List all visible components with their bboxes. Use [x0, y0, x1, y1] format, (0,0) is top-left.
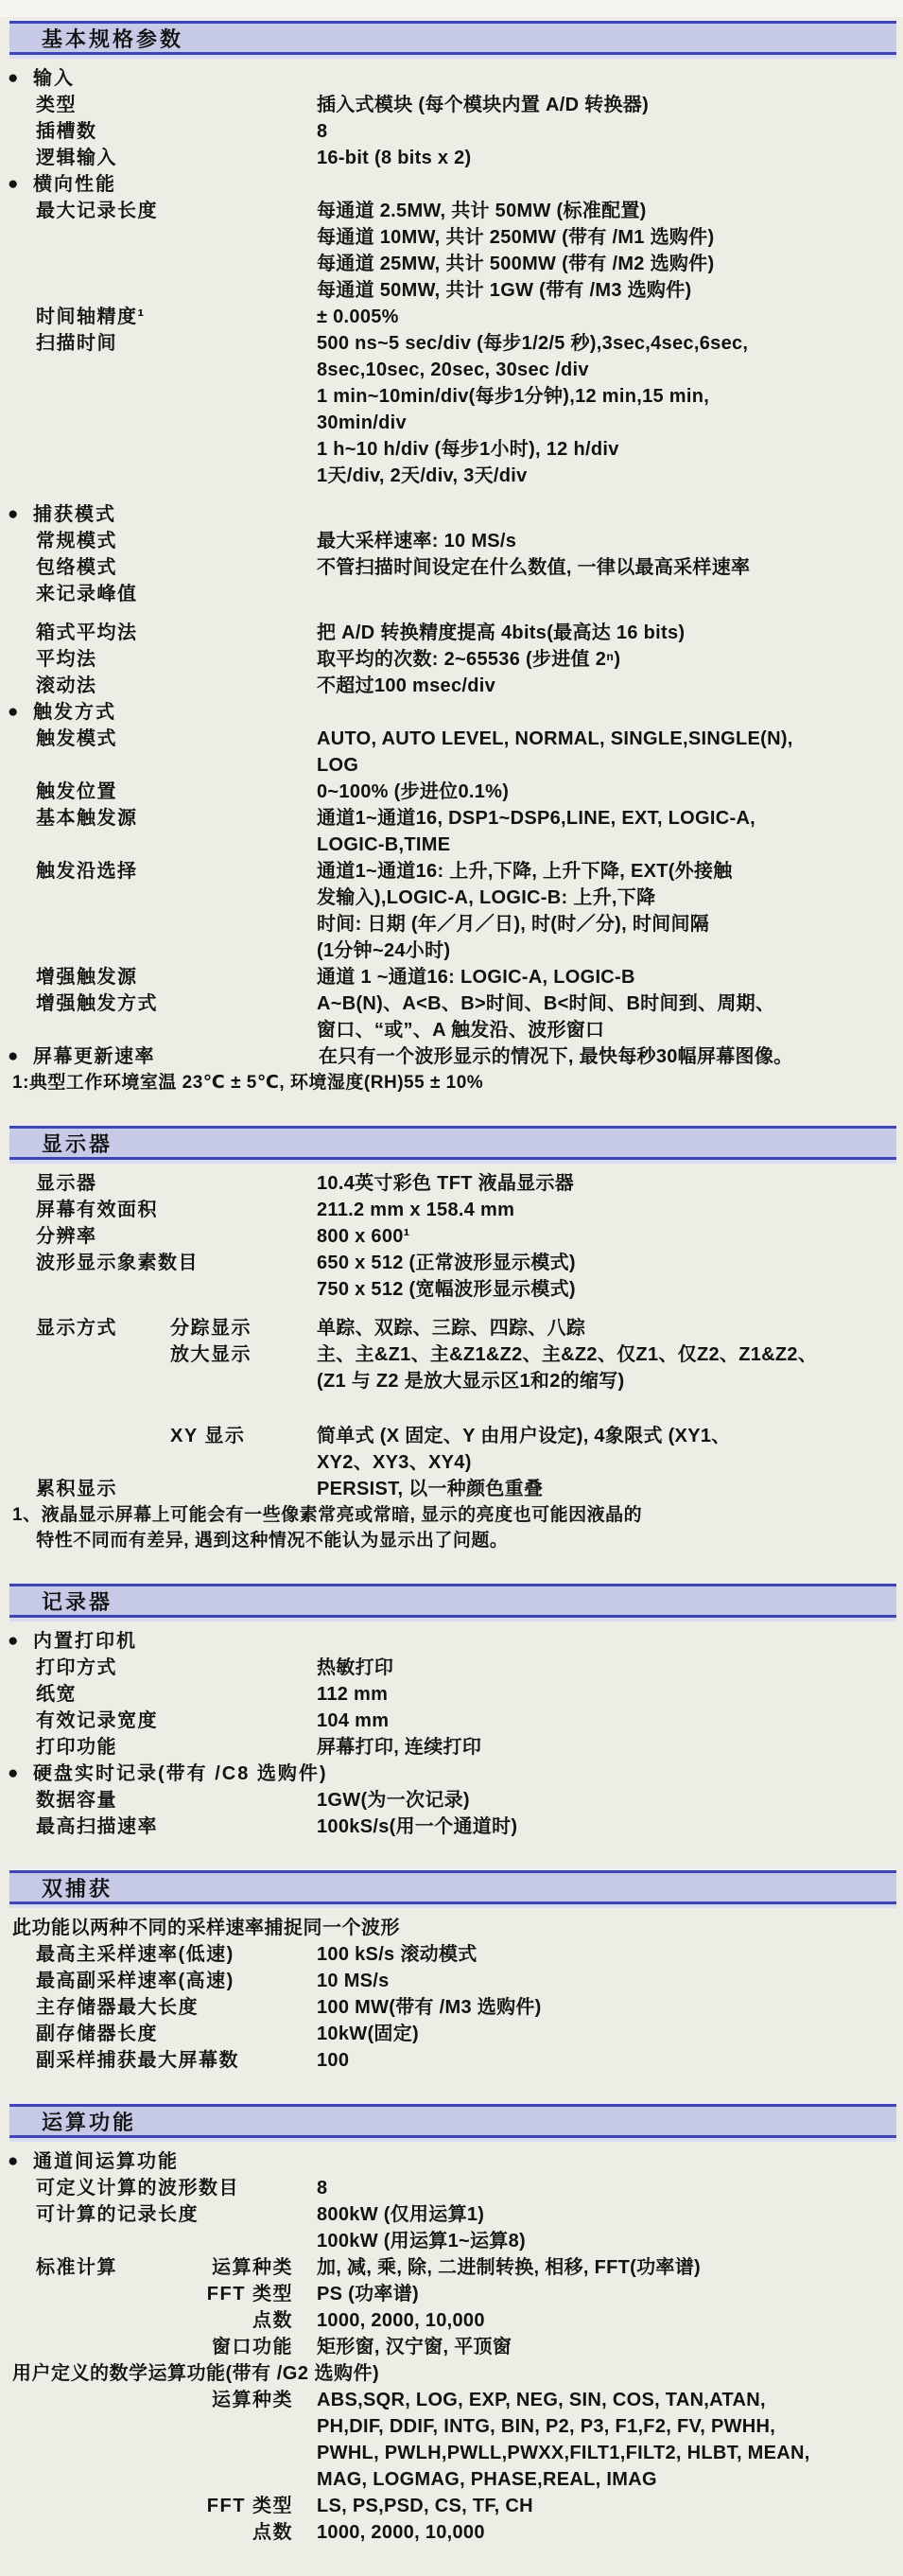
spec-row: 逻辑输入16-bit (8 bits x 2) [0, 145, 903, 171]
row-values: A~B(N)、A<B、B>时间、B<时间、B时间到、周期、窗口、“或”、A 触发… [317, 990, 903, 1043]
row-values: 100kS/s(用一个通道时) [317, 1814, 903, 1840]
footnote-line: 1、液晶显示屏幕上可能会有一些像素常亮或常暗, 显示的亮度也可能因液晶的 [12, 1502, 903, 1528]
value-line: 不超过100 msec/div [317, 673, 903, 699]
row-label: 副存储器长度 [36, 2021, 317, 2047]
row-label: 触发模式 [36, 726, 317, 752]
value-line: 0~100% (步进位0.1%) [317, 779, 903, 805]
row-values: 插入式模块 (每个模块内置 A/D 转换器) [317, 92, 903, 118]
value-line: 不管扫描时间设定在什么数值, 一律以最高采样速率 [317, 554, 903, 581]
spec-row: 分辨率800 x 600¹ [0, 1223, 903, 1250]
row-label: 显示器 [36, 1170, 317, 1197]
row-sublabel: 点数 [36, 2307, 293, 2334]
row-values: 加, 减, 乘, 除, 二进制转换, 相移, FFT(功率谱) [317, 2254, 903, 2281]
value-line: (1分钟~24小时) [317, 938, 903, 964]
group-label: 通道间运算功能 [33, 2148, 179, 2175]
section: 双捕获此功能以两种不同的采样速率捕捉同一个波形最高主采样速率(低速)100 kS… [0, 1870, 903, 2074]
row-values: LS, PS,PSD, CS, TF, CH [317, 2493, 903, 2519]
spec-row: 触发沿选择通道1~通道16: 上升,下降, 上升下降, EXT(外接触发输入),… [0, 858, 903, 964]
row-sublabel: FFT 类型 [36, 2493, 293, 2519]
spec-row: 基本触发源通道1~通道16, DSP1~DSP6,LINE, EXT, LOGI… [0, 805, 903, 858]
group-label: 内置打印机 [33, 1628, 137, 1655]
section-title: 双捕获 [9, 1873, 113, 1902]
row-label: 箱式平均法 [36, 620, 317, 646]
row-values: 104 mm [317, 1708, 903, 1734]
spec-row: 显示器10.4英寸彩色 TFT 液晶显示器 [0, 1170, 903, 1197]
value-line: 1000, 2000, 10,000 [317, 2519, 903, 2546]
spec-row: 1、液晶显示屏幕上可能会有一些像素常亮或常暗, 显示的亮度也可能因液晶的 特性不… [0, 1502, 903, 1553]
spec-row: 点数1000, 2000, 10,000 [0, 2519, 903, 2546]
spec-row: 屏幕有效面积211.2 mm x 158.4 mm [0, 1197, 903, 1223]
value-line: 112 mm [317, 1681, 903, 1708]
value-line: 1 h~10 h/div (每步1小时), 12 h/div [317, 436, 903, 463]
group-label: 横向性能 [33, 171, 116, 198]
spec-row: 扫描时间500 ns~5 sec/div (每步1/2/5 秒),3sec,4s… [0, 330, 903, 489]
section-header-bar: 记录器 [9, 1584, 896, 1618]
value-line: 100 kS/s 滚动模式 [317, 1941, 903, 1968]
row-label: 打印方式 [36, 1655, 317, 1681]
row-values: PS (功率谱) [317, 2281, 903, 2307]
bullet-icon: ● [8, 501, 33, 528]
spec-row: 放大显示主、主&Z1、主&Z1&Z2、主&Z2、仅Z1、仅Z2、Z1&Z2、(Z… [0, 1341, 903, 1394]
row-label: 常规模式 [36, 528, 317, 554]
spec-row: ●通道间运算功能 [0, 2148, 903, 2175]
section-header-bar: 运算功能 [9, 2104, 896, 2138]
row-label: 副采样捕获最大屏幕数 [36, 2047, 317, 2074]
spec-row: 此功能以两种不同的采样速率捕捉同一个波形 [0, 1915, 903, 1941]
value-line: LS, PS,PSD, CS, TF, CH [317, 2493, 903, 2519]
sections-container: 基本规格参数●输入类型插入式模块 (每个模块内置 A/D 转换器)插槽数8逻辑输… [0, 21, 903, 2546]
row-label: 滚动法 [36, 673, 317, 699]
spec-row: ●横向性能 [0, 171, 903, 198]
spec-row: 显示方式分踪显示单踪、双踪、三踪、四踪、八踪 [0, 1315, 903, 1341]
spec-row: 标准计算运算种类加, 减, 乘, 除, 二进制转换, 相移, FFT(功率谱) [0, 2254, 903, 2281]
row-values: 矩形窗, 汉宁窗, 平顶窗 [317, 2334, 903, 2360]
value-line: 104 mm [317, 1708, 903, 1734]
row-values: 8 [317, 2175, 903, 2201]
row-sublabel: 放大显示 [170, 1341, 317, 1368]
bullet-icon: ● [8, 699, 33, 726]
row-label: 屏幕有效面积 [36, 1197, 317, 1223]
spec-row: FFT 类型PS (功率谱) [0, 2281, 903, 2307]
value-line: 加, 减, 乘, 除, 二进制转换, 相移, FFT(功率谱) [317, 2254, 903, 2281]
value-line: 插入式模块 (每个模块内置 A/D 转换器) [317, 92, 903, 118]
spec-row: ●输入 [0, 65, 903, 92]
row-values: 每通道 2.5MW, 共计 50MW (标准配置)每通道 10MW, 共计 25… [317, 198, 903, 304]
value-line: 100 MW(带有 /M3 选购件) [317, 1994, 903, 2021]
value-line: 8sec,10sec, 20sec, 30sec /div [317, 357, 903, 383]
group-label: 触发方式 [33, 699, 116, 726]
value-line: PERSIST, 以一种颜色重叠 [317, 1476, 903, 1502]
row-values: ± 0.005% [317, 304, 903, 330]
value-line: 100kW (用运算1~运算8) [317, 2228, 903, 2254]
value-line: 通道1~通道16: 上升,下降, 上升下降, EXT(外接触 [317, 858, 903, 885]
spec-row: 增强触发方式A~B(N)、A<B、B>时间、B<时间、B时间到、周期、窗口、“或… [0, 990, 903, 1043]
value-line: 1000, 2000, 10,000 [317, 2307, 903, 2334]
value-line: 8 [317, 118, 903, 145]
value-line: 750 x 512 (宽幅波形显示模式) [317, 1276, 903, 1303]
row-values: 100 [317, 2047, 903, 2074]
value-line: (Z1 与 Z2 是放大显示区1和2的缩写) [317, 1368, 903, 1394]
value-line: PH,DIF, DDIF, INTG, BIN, P2, P3, F1,F2, … [317, 2413, 903, 2440]
spec-row: ●捕获模式 [0, 501, 903, 528]
group-label: 硬盘实时记录(带有 /C8 选购件) [33, 1761, 328, 1787]
value-line: 每通道 2.5MW, 共计 50MW (标准配置) [317, 198, 903, 224]
spec-row: 副采样捕获最大屏幕数100 [0, 2047, 903, 2074]
spec-row: XY 显示简单式 (X 固定、Y 由用户设定), 4象限式 (XY1、XY2、X… [0, 1423, 903, 1476]
row-values: 16-bit (8 bits x 2) [317, 145, 903, 171]
section-header-bar: 双捕获 [9, 1870, 896, 1904]
spec-row: 点数1000, 2000, 10,000 [0, 2307, 903, 2334]
spec-row: 打印方式热敏打印 [0, 1655, 903, 1681]
spec-row: 触发模式AUTO, AUTO LEVEL, NORMAL, SINGLE,SIN… [0, 726, 903, 779]
row-label: 屏幕更新速率 [33, 1043, 319, 1070]
row-label: 最高扫描速率 [36, 1814, 317, 1840]
row-label: 基本触发源 [36, 805, 317, 832]
row-label: 累积显示 [36, 1476, 317, 1502]
value-line: 800 x 600¹ [317, 1223, 903, 1250]
spec-row: 主存储器最大长度100 MW(带有 /M3 选购件) [0, 1994, 903, 2021]
footnote-line: 1:典型工作环境室温 23℃ ± 5℃, 环境湿度(RH)55 ± 10% [12, 1070, 903, 1095]
row-values: 10.4英寸彩色 TFT 液晶显示器 [317, 1170, 903, 1197]
row-values: 211.2 mm x 158.4 mm [317, 1197, 903, 1223]
row-label: 插槽数 [36, 118, 317, 145]
row-sublabel: FFT 类型 [36, 2281, 293, 2307]
value-line: A~B(N)、A<B、B>时间、B<时间、B时间到、周期、 [317, 990, 903, 1017]
row-label: 分辨率 [36, 1223, 317, 1250]
section-title: 显示器 [9, 1129, 113, 1158]
row-values: 主、主&Z1、主&Z1&Z2、主&Z2、仅Z1、仅Z2、Z1&Z2、(Z1 与 … [317, 1341, 903, 1394]
value-line: 10kW(固定) [317, 2021, 903, 2047]
row-values: 10 MS/s [317, 1968, 903, 1994]
row-sublabel: 窗口功能 [36, 2334, 293, 2360]
spec-row: 可计算的记录长度800kW (仅用运算1)100kW (用运算1~运算8) [0, 2201, 903, 2254]
row-label: 平均法 [36, 646, 317, 673]
row-values: PERSIST, 以一种颜色重叠 [317, 1476, 903, 1502]
value-line: 10.4英寸彩色 TFT 液晶显示器 [317, 1170, 903, 1197]
value-line: 取平均的次数: 2~65536 (步进值 2ⁿ) [317, 646, 903, 673]
row-label-group: 标准计算运算种类 [36, 2254, 293, 2281]
section-title: 运算功能 [9, 2107, 136, 2136]
row-values: 通道 1 ~通道16: LOGIC-A, LOGIC-B [317, 964, 903, 990]
row-values: 通道1~通道16: 上升,下降, 上升下降, EXT(外接触发输入),LOGIC… [317, 858, 903, 964]
value-line: 每通道 50MW, 共计 1GW (带有 /M3 选购件) [317, 277, 903, 304]
row-values: 0~100% (步进位0.1%) [317, 779, 903, 805]
value-line: 把 A/D 转换精度提高 4bits(最高达 16 bits) [317, 620, 903, 646]
group-label: 捕获模式 [33, 501, 116, 528]
value-line: ± 0.005% [317, 304, 903, 330]
spec-row: 最高扫描速率100kS/s(用一个通道时) [0, 1814, 903, 1840]
spec-row: 箱式平均法把 A/D 转换精度提高 4bits(最高达 16 bits) [0, 620, 903, 646]
value-line: 1 min~10min/div(每步1分钟),12 min,15 min, [317, 383, 903, 410]
value-line: 最大采样速率: 10 MS/s [317, 528, 903, 554]
spec-row: 来记录峰值 [0, 581, 903, 607]
value-line: 矩形窗, 汉宁窗, 平顶窗 [317, 2334, 903, 2360]
row-label: 标准计算 [36, 2254, 117, 2281]
section-title: 记录器 [9, 1586, 113, 1616]
spec-sheet: 基本规格参数●输入类型插入式模块 (每个模块内置 A/D 转换器)插槽数8逻辑输… [0, 17, 903, 2546]
bullet-icon: ● [8, 1043, 33, 1070]
spec-row: ●内置打印机 [0, 1628, 903, 1655]
spec-row: 最大记录长度每通道 2.5MW, 共计 50MW (标准配置)每通道 10MW,… [0, 198, 903, 304]
row-values: 把 A/D 转换精度提高 4bits(最高达 16 bits) [317, 620, 903, 646]
value-line: 8 [317, 2175, 903, 2201]
spec-row: 波形显示象素数目650 x 512 (正常波形显示模式)750 x 512 (宽… [0, 1250, 903, 1303]
spec-row: 打印功能屏幕打印, 连续打印 [0, 1734, 903, 1761]
spec-row: 用户定义的数学运算功能(带有 /G2 选购件) [0, 2360, 903, 2387]
spec-row: 窗口功能矩形窗, 汉宁窗, 平顶窗 [0, 2334, 903, 2360]
row-values: 在只有一个波形显示的情况下, 最快每秒30幅屏幕图像。 [319, 1043, 903, 1070]
value-line: 10 MS/s [317, 1968, 903, 1994]
row-label: 最大记录长度 [36, 198, 317, 224]
row-values: 500 ns~5 sec/div (每步1/2/5 秒),3sec,4sec,6… [317, 330, 903, 489]
value-line: 100kS/s(用一个通道时) [317, 1814, 903, 1840]
spec-row: 累积显示PERSIST, 以一种颜色重叠 [0, 1476, 903, 1502]
row-values: 热敏打印 [317, 1655, 903, 1681]
row-values: 单踪、双踪、三踪、四踪、八踪 [317, 1315, 903, 1341]
row-label: 逻辑输入 [36, 145, 317, 171]
section-body: ●通道间运算功能可定义计算的波形数目8可计算的记录长度800kW (仅用运算1)… [0, 2147, 903, 2546]
value-line: 800kW (仅用运算1) [317, 2201, 903, 2228]
value-line: 热敏打印 [317, 1655, 903, 1681]
row-values: ABS,SQR, LOG, EXP, NEG, SIN, COS, TAN,AT… [317, 2387, 903, 2493]
value-line: 500 ns~5 sec/div (每步1/2/5 秒),3sec,4sec,6… [317, 330, 903, 357]
spec-row: 插槽数8 [0, 118, 903, 145]
section-header-bar: 显示器 [9, 1126, 896, 1160]
row-label: 有效记录宽度 [36, 1708, 317, 1734]
spec-row: ●触发方式 [0, 699, 903, 726]
row-values: 取平均的次数: 2~65536 (步进值 2ⁿ) [317, 646, 903, 673]
bullet-icon: ● [8, 1628, 33, 1655]
value-line: 窗口、“或”、A 触发沿、波形窗口 [317, 1017, 903, 1043]
section-header-bar: 基本规格参数 [9, 21, 896, 55]
row-label: 包络模式 [36, 554, 317, 581]
row-label: 触发位置 [36, 779, 317, 805]
spec-row: 数据容量1GW(为一次记录) [0, 1787, 903, 1814]
value-line: 在只有一个波形显示的情况下, 最快每秒30幅屏幕图像。 [319, 1043, 903, 1070]
row-label: 最高副采样速率(高速) [36, 1968, 317, 1994]
value-line: 100 [317, 2047, 903, 2074]
section-body: 显示器10.4英寸彩色 TFT 液晶显示器屏幕有效面积211.2 mm x 15… [0, 1168, 903, 1553]
row-label: 可定义计算的波形数目 [36, 2175, 317, 2201]
value-line: MAG, LOGMAG, PHASE,REAL, IMAG [317, 2466, 903, 2493]
row-label: 最高主采样速率(低速) [36, 1941, 317, 1968]
spec-row: FFT 类型LS, PS,PSD, CS, TF, CH [0, 2493, 903, 2519]
spec-row: 平均法取平均的次数: 2~65536 (步进值 2ⁿ) [0, 646, 903, 673]
spec-row: 常规模式最大采样速率: 10 MS/s [0, 528, 903, 554]
value-line: 211.2 mm x 158.4 mm [317, 1197, 903, 1223]
value-line: 1天/div, 2天/div, 3天/div [317, 463, 903, 489]
bullet-icon: ● [8, 2148, 33, 2175]
row-sublabel: 分踪显示 [170, 1315, 317, 1341]
row-values: AUTO, AUTO LEVEL, NORMAL, SINGLE,SINGLE(… [317, 726, 903, 779]
value-line: 每通道 25MW, 共计 500MW (带有 /M2 选购件) [317, 251, 903, 277]
value-line: PS (功率谱) [317, 2281, 903, 2307]
row-values: 通道1~通道16, DSP1~DSP6,LINE, EXT, LOGIC-A,L… [317, 805, 903, 858]
value-line: 30min/div [317, 410, 903, 436]
row-label: 波形显示象素数目 [36, 1250, 317, 1276]
row-values: 800kW (仅用运算1)100kW (用运算1~运算8) [317, 2201, 903, 2254]
spec-row: 最高副采样速率(高速)10 MS/s [0, 1968, 903, 1994]
row-label: 显示方式 [36, 1315, 170, 1341]
row-values: 1GW(为一次记录) [317, 1787, 903, 1814]
value-line: 发输入),LOGIC-A, LOGIC-B: 上升,下降 [317, 885, 903, 911]
section-title: 基本规格参数 [9, 24, 183, 53]
row-values: 8 [317, 118, 903, 145]
row-sublabel: 运算种类 [36, 2387, 293, 2413]
row-label: 主存储器最大长度 [36, 1994, 317, 2021]
footnote-line: 特性不同而有差异, 遇到这种情况不能认为显示出了问题。 [12, 1528, 903, 1553]
row-values: 100 MW(带有 /M3 选购件) [317, 1994, 903, 2021]
row-values: 10kW(固定) [317, 2021, 903, 2047]
section-body: 此功能以两种不同的采样速率捕捉同一个波形最高主采样速率(低速)100 kS/s … [0, 1913, 903, 2074]
section-note-line: 此功能以两种不同的采样速率捕捉同一个波形 [12, 1915, 903, 1941]
spec-row: ●硬盘实时记录(带有 /C8 选购件) [0, 1761, 903, 1787]
spec-row: 类型插入式模块 (每个模块内置 A/D 转换器) [0, 92, 903, 118]
bullet-icon: ● [8, 65, 33, 92]
row-values: 800 x 600¹ [317, 1223, 903, 1250]
row-values: 屏幕打印, 连续打印 [317, 1734, 903, 1761]
value-line: 每通道 10MW, 共计 250MW (带有 /M1 选购件) [317, 224, 903, 251]
value-line: 屏幕打印, 连续打印 [317, 1734, 903, 1761]
spec-row: 增强触发源通道 1 ~通道16: LOGIC-A, LOGIC-B [0, 964, 903, 990]
row-label: 类型 [36, 92, 317, 118]
spec-row: 滚动法不超过100 msec/div [0, 673, 903, 699]
spec-row: ●屏幕更新速率在只有一个波形显示的情况下, 最快每秒30幅屏幕图像。 [0, 1043, 903, 1070]
row-values: 最大采样速率: 10 MS/s [317, 528, 903, 554]
row-label: 可计算的记录长度 [36, 2201, 317, 2228]
page-top-margin [0, 0, 903, 17]
spec-row: 可定义计算的波形数目8 [0, 2175, 903, 2201]
value-line: LOGIC-B,TIME [317, 832, 903, 858]
value-line: 1GW(为一次记录) [317, 1787, 903, 1814]
row-values: 112 mm [317, 1681, 903, 1708]
row-values: 100 kS/s 滚动模式 [317, 1941, 903, 1968]
spec-row: 副存储器长度10kW(固定) [0, 2021, 903, 2047]
spec-row: 纸宽112 mm [0, 1681, 903, 1708]
section-note-line: 用户定义的数学运算功能(带有 /G2 选购件) [12, 2360, 903, 2387]
section: 记录器●内置打印机打印方式热敏打印纸宽112 mm有效记录宽度104 mm打印功… [0, 1584, 903, 1840]
section: 基本规格参数●输入类型插入式模块 (每个模块内置 A/D 转换器)插槽数8逻辑输… [0, 21, 903, 1095]
value-line: ABS,SQR, LOG, EXP, NEG, SIN, COS, TAN,AT… [317, 2387, 903, 2413]
spec-row: 包络模式不管扫描时间设定在什么数值, 一律以最高采样速率 [0, 554, 903, 581]
row-label: 纸宽 [36, 1681, 317, 1708]
section: 显示器显示器10.4英寸彩色 TFT 液晶显示器屏幕有效面积211.2 mm x… [0, 1126, 903, 1553]
value-line: 主、主&Z1、主&Z1&Z2、主&Z2、仅Z1、仅Z2、Z1&Z2、 [317, 1341, 903, 1368]
spec-row: 运算种类ABS,SQR, LOG, EXP, NEG, SIN, COS, TA… [0, 2387, 903, 2493]
section-body: ●输入类型插入式模块 (每个模块内置 A/D 转换器)插槽数8逻辑输入16-bi… [0, 63, 903, 1095]
row-sublabel: 点数 [36, 2519, 293, 2546]
value-line: 通道 1 ~通道16: LOGIC-A, LOGIC-B [317, 964, 903, 990]
spec-row: 最高主采样速率(低速)100 kS/s 滚动模式 [0, 1941, 903, 1968]
row-values: 不管扫描时间设定在什么数值, 一律以最高采样速率 [317, 554, 903, 581]
row-sublabel: XY 显示 [170, 1423, 317, 1449]
value-line: 时间: 日期 (年／月／日), 时(时／分), 时间间隔 [317, 911, 903, 938]
row-label: 扫描时间 [36, 330, 317, 357]
row-label: 打印功能 [36, 1734, 317, 1761]
value-line: 通道1~通道16, DSP1~DSP6,LINE, EXT, LOGIC-A, [317, 805, 903, 832]
row-values: 650 x 512 (正常波形显示模式)750 x 512 (宽幅波形显示模式) [317, 1250, 903, 1303]
row-label: 触发沿选择 [36, 858, 317, 885]
value-line: 单踪、双踪、三踪、四踪、八踪 [317, 1315, 903, 1341]
spec-row: 1:典型工作环境室温 23℃ ± 5℃, 环境湿度(RH)55 ± 10% [0, 1070, 903, 1095]
value-line: AUTO, AUTO LEVEL, NORMAL, SINGLE,SINGLE(… [317, 726, 903, 752]
section-body: ●内置打印机打印方式热敏打印纸宽112 mm有效记录宽度104 mm打印功能屏幕… [0, 1626, 903, 1840]
value-line: PWHL, PWLH,PWLL,PWXX,FILT1,FILT2, HLBT, … [317, 2440, 903, 2466]
value-line: 16-bit (8 bits x 2) [317, 145, 903, 171]
value-line: LOG [317, 752, 903, 779]
value-line: 650 x 512 (正常波形显示模式) [317, 1250, 903, 1276]
row-label: 增强触发方式 [36, 990, 317, 1017]
spec-row: 有效记录宽度104 mm [0, 1708, 903, 1734]
row-values: 简单式 (X 固定、Y 由用户设定), 4象限式 (XY1、XY2、XY3、XY… [317, 1423, 903, 1476]
value-line: XY2、XY3、XY4) [317, 1449, 903, 1476]
group-label: 输入 [33, 65, 75, 92]
row-label: 时间轴精度¹ [36, 304, 317, 330]
row-label: 数据容量 [36, 1787, 317, 1814]
section: 运算功能●通道间运算功能可定义计算的波形数目8可计算的记录长度800kW (仅用… [0, 2104, 903, 2546]
spec-row: 时间轴精度¹± 0.005% [0, 304, 903, 330]
value-line: 简单式 (X 固定、Y 由用户设定), 4象限式 (XY1、 [317, 1423, 903, 1449]
row-label: 来记录峰值 [36, 581, 317, 607]
row-label: 增强触发源 [36, 964, 317, 990]
spec-row: 触发位置0~100% (步进位0.1%) [0, 779, 903, 805]
row-values: 不超过100 msec/div [317, 673, 903, 699]
row-sublabel: 运算种类 [212, 2254, 293, 2281]
row-values: 1000, 2000, 10,000 [317, 2307, 903, 2334]
row-values: 1000, 2000, 10,000 [317, 2519, 903, 2546]
bullet-icon: ● [8, 1761, 33, 1787]
bullet-icon: ● [8, 171, 33, 198]
